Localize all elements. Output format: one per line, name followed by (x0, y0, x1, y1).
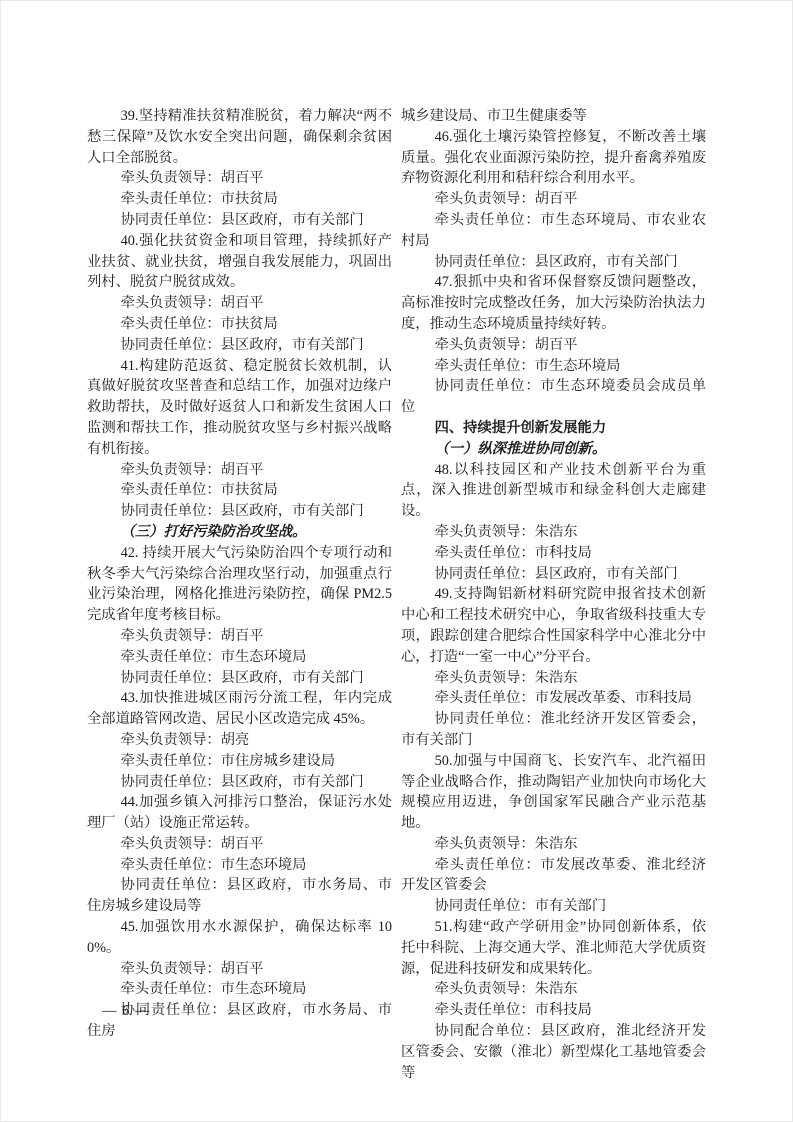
responsibility-line: 牵头责任单位：市科技局 (401, 543, 706, 564)
responsibility-line: 牵头负责领导：胡亮 (87, 730, 392, 751)
responsibility-line: 牵头负责领导：胡百平 (87, 460, 392, 481)
paragraph: 51.构建“政产学研用金”协同创新体系，依托中科院、上海交通大学、淮北师范大学优… (401, 917, 706, 979)
paragraph: 46.强化土壤污染管控修复，不断改善土壤质量。强化农业面源污染防控，提升畜禽养殖… (401, 127, 706, 189)
section-heading: 四、持续提升创新发展能力 (401, 418, 706, 439)
responsibility-line: 协同责任单位：县区政府，市有关部门 (87, 501, 392, 522)
responsibility-line: 牵头负责领导：朱浩东 (401, 668, 706, 689)
responsibility-line: 协同责任单位：淮北经济开发区管委会，市有关部门 (401, 709, 706, 751)
responsibility-line: 牵头责任单位：市生态环境局、市农业农村局 (401, 210, 706, 252)
responsibility-line: 牵头负责领导：朱浩东 (401, 834, 706, 855)
responsibility-line: 牵头责任单位：市科技局 (401, 1000, 706, 1021)
subsection-heading: （三）打好污染防治攻坚战。 (87, 522, 392, 543)
responsibility-line: 牵头责任单位：市发展改革委、市科技局 (401, 688, 706, 709)
responsibility-line: 协同配合单位：县区政府，淮北经济开发区管委会、安徽（淮北）新型煤化工基地管委会等 (401, 1021, 706, 1083)
responsibility-line: 牵头负责领导：胡百平 (87, 626, 392, 647)
responsibility-line: 协同责任单位：县区政府，市有关部门 (87, 668, 392, 689)
responsibility-line: 牵头责任单位：市扶贫局 (87, 480, 392, 501)
paragraph: 39.坚持精准扶贫精准脱贫，着力解决“两不愁三保障”及饮水安全突出问题，确保剩余… (87, 106, 392, 168)
text-column-left: 39.坚持精准扶贫精准脱贫，着力解决“两不愁三保障”及饮水安全突出问题，确保剩余… (87, 106, 392, 1083)
responsibility-line: 协同责任单位：县区政府，市有关部门 (87, 772, 392, 793)
responsibility-line: 牵头责任单位：市扶贫局 (87, 189, 392, 210)
responsibility-line: 协同责任单位：县区政府，市有关部门 (87, 210, 392, 231)
responsibility-line: 协同责任单位：县区政府，市有关部门 (401, 564, 706, 585)
responsibility-line: 牵头负责领导：朱浩东 (401, 979, 706, 1000)
paragraph: 47.狠抓中央和省环保督察反馈问题整改，高标准按时完成整改任务，加大污染防治执法… (401, 272, 706, 334)
responsibility-line: 牵头负责领导：胡百平 (401, 335, 706, 356)
responsibility-line: 协同责任单位：市有关部门 (401, 896, 706, 917)
responsibility-line: 牵头负责领导：胡百平 (87, 293, 392, 314)
paragraph: 49.支持陶铝新材料研究院申报省技术创新中心和工程技术研究中心，争取省级科技重大… (401, 584, 706, 667)
responsibility-line: 协同责任单位：市生态环境委员会成员单位 (401, 376, 706, 418)
paragraph: 40.强化扶贫资金和项目管理，持续抓好产业扶贫、就业扶贫，增强自我发展能力，巩固… (87, 231, 392, 293)
responsibility-line: 牵头负责领导：胡百平 (87, 959, 392, 980)
responsibility-line: 协同责任单位：县区政府，市水务局、市住房城乡建设局等 (87, 875, 392, 917)
responsibility-line: 牵头责任单位：市生态环境局 (87, 979, 392, 1000)
responsibility-line: 牵头责任单位：市生态环境局 (87, 855, 392, 876)
paragraph: 48.以科技园区和产业技术创新平台为重点，深入推进创新型城市和绿金科创大走廊建设… (401, 460, 706, 522)
subsection-heading: （一）纵深推进协同创新。 (401, 439, 706, 460)
responsibility-line: 牵头负责领导：胡百平 (87, 168, 392, 189)
responsibility-line: 协同责任单位：县区政府，市有关部门 (87, 335, 392, 356)
paragraph: 44.加强乡镇入河排污口整治，保证污水处理厂（站）设施正常运转。 (87, 792, 392, 834)
paragraph: 42. 持续开展大气污染防治四个专项行动和秋冬季大气污染综合治理攻坚行动，加强重… (87, 543, 392, 626)
responsibility-line: 牵头责任单位：市发展改革委、淮北经济开发区管委会 (401, 855, 706, 897)
responsibility-line: 牵头责任单位：市生态环境局 (401, 356, 706, 377)
text-column-right: 城乡建设局、市卫生健康委等46.强化土壤污染管控修复，不断改善土壤质量。强化农业… (401, 106, 706, 1083)
responsibility-line: 牵头责任单位：市扶贫局 (87, 314, 392, 335)
page-number: — 6 — (102, 1003, 151, 1020)
paragraph: 41.构建防范返贫、稳定脱贫长效机制，认真做好脱贫攻坚普查和总结工作，加强对边缘… (87, 356, 392, 460)
responsibility-line: 牵头负责领导：朱浩东 (401, 522, 706, 543)
paragraph: 43.加快推进城区雨污分流工程，年内完成全部道路管网改造、居民小区改造完成 45… (87, 688, 392, 730)
page-body: 39.坚持精准扶贫精准脱贫，着力解决“两不愁三保障”及饮水安全突出问题，确保剩余… (87, 106, 706, 1083)
responsibility-line: 牵头责任单位：市住房城乡建设局 (87, 751, 392, 772)
responsibility-line: 协同责任单位：县区政府，市有关部门 (401, 252, 706, 273)
document-page: 39.坚持精准扶贫精准脱贫，着力解决“两不愁三保障”及饮水安全突出问题，确保剩余… (0, 0, 793, 1122)
paragraph-continuation: 城乡建设局、市卫生健康委等 (401, 106, 706, 127)
paragraph: 50.加强与中国商飞、长安汽车、北汽福田等企业战略合作，推动陶铝产业加快向市场化… (401, 751, 706, 834)
paragraph: 45.加强饮用水水源保护，确保达标率 100%。 (87, 917, 392, 959)
responsibility-line: 牵头责任单位：市生态环境局 (87, 647, 392, 668)
responsibility-line: 牵头负责领导：胡百平 (401, 189, 706, 210)
responsibility-line: 牵头负责领导：胡百平 (87, 834, 392, 855)
